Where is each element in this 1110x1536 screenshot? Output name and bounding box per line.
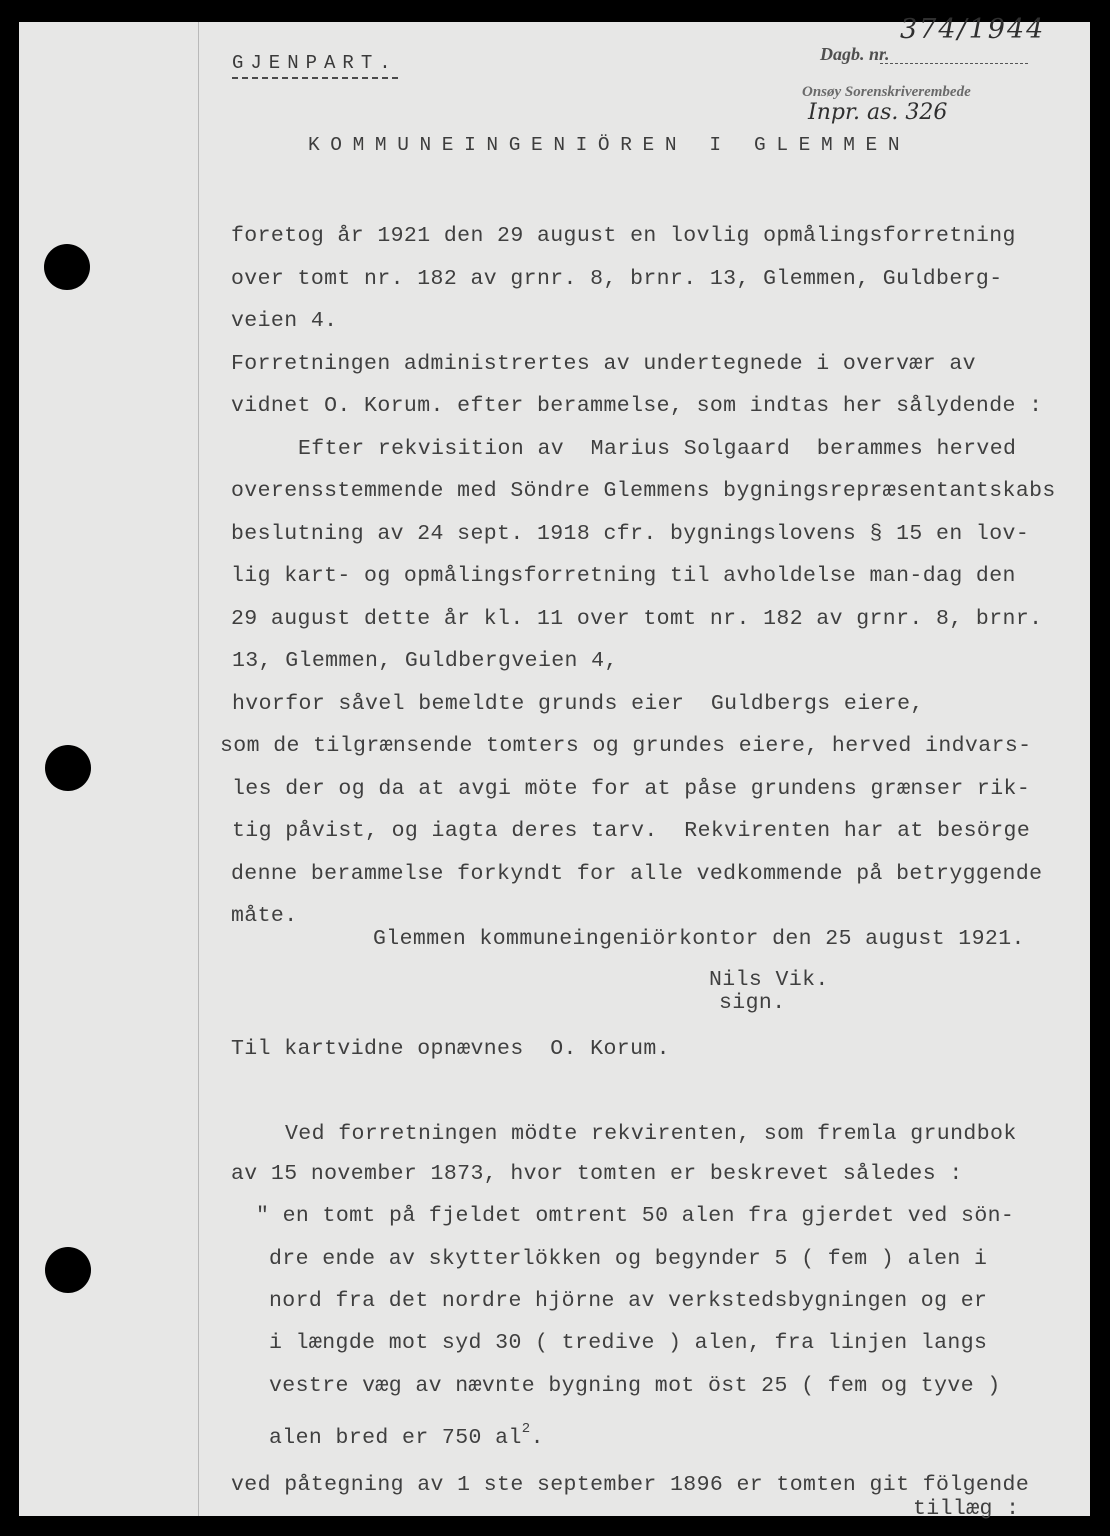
body-line: 13, Glemmen, Guldbergveien 4,: [232, 649, 618, 673]
punch-hole-icon: [45, 745, 91, 791]
body-line: Ved forretningen mödte rekvirenten, som …: [285, 1122, 1017, 1146]
body-line: foretog år 1921 den 29 august en lovlig …: [231, 224, 1016, 248]
area-line-end: .: [531, 1426, 544, 1450]
body-line: hvorfor såvel bemeldte grunds eier Guldb…: [232, 692, 924, 716]
body-line: overensstemmende med Söndre Glemmens byg…: [231, 479, 1056, 503]
body-line: vidnet O. Korum. efter berammelse, som i…: [231, 394, 1042, 418]
body-line: veien 4.: [231, 309, 337, 333]
body-line: 29 august dette år kl. 11 over tomt nr. …: [231, 607, 1042, 631]
body-line: les der og da at avgi möte for at påse g…: [232, 777, 1030, 801]
body-line: over tomt nr. 182 av grnr. 8, brnr. 13, …: [231, 267, 1003, 291]
office-stamp: Onsøy Sorenskriverembede: [802, 84, 971, 101]
body-line: denne berammelse forkyndt for alle vedko…: [231, 862, 1042, 886]
witness-line: Til kartvidne opnævnes O. Korum.: [231, 1037, 670, 1061]
punch-hole-icon: [44, 244, 90, 290]
area-line: alen bred er 750 al2.: [269, 1417, 544, 1450]
dagb-number: 374/1944: [900, 14, 1045, 45]
body-line: som de tilgrænsende tomters og grundes e…: [220, 734, 1031, 758]
punch-hole-icon: [45, 1247, 91, 1293]
body-line: beslutning av 24 sept. 1918 cfr. bygning…: [231, 522, 1029, 546]
body-line: måte.: [231, 904, 298, 928]
body-line: vestre væg av nævnte bygning mot öst 25 …: [269, 1374, 1001, 1398]
body-line: dre ende av skytterlökken og begynder 5 …: [269, 1247, 987, 1271]
area-superscript: 2: [522, 1421, 531, 1437]
body-line: " en tomt på fjeldet omtrent 50 alen fra…: [256, 1204, 1014, 1228]
final-line: ved påtegning av 1 ste september 1896 er…: [231, 1473, 1029, 1497]
dagb-underline: [880, 62, 1028, 64]
signature-note: sign.: [719, 991, 786, 1015]
page-heading: KOMMUNEINGENIÖREN I GLEMMEN: [308, 134, 910, 156]
signature-name: Nils Vik.: [709, 968, 829, 992]
handwritten-note: Inpr. as. 326: [808, 100, 947, 125]
body-line: nord fra det nordre hjörne av verkstedsb…: [269, 1289, 987, 1313]
body-line: i længde mot syd 30 ( tredive ) alen, fr…: [269, 1331, 987, 1355]
margin-line: [198, 22, 199, 1516]
place-date: Glemmen kommuneingeniörkontor den 25 aug…: [373, 927, 1025, 951]
copy-label: GJENPART.: [232, 52, 398, 79]
body-line: tig påvist, og iagta deres tarv. Rekvire…: [232, 819, 1030, 843]
final-line-continuation: tillæg :: [913, 1497, 1019, 1521]
body-line: av 15 november 1873, hvor tomten er besk…: [231, 1162, 963, 1186]
area-line-text: alen bred er 750 al: [269, 1426, 522, 1450]
body-line: Forretningen administrertes av undertegn…: [231, 352, 976, 376]
body-line: lig kart- og opmålingsforretning til avh…: [231, 564, 1016, 588]
body-line: Efter rekvisition av Marius Solgaard ber…: [298, 437, 1016, 461]
